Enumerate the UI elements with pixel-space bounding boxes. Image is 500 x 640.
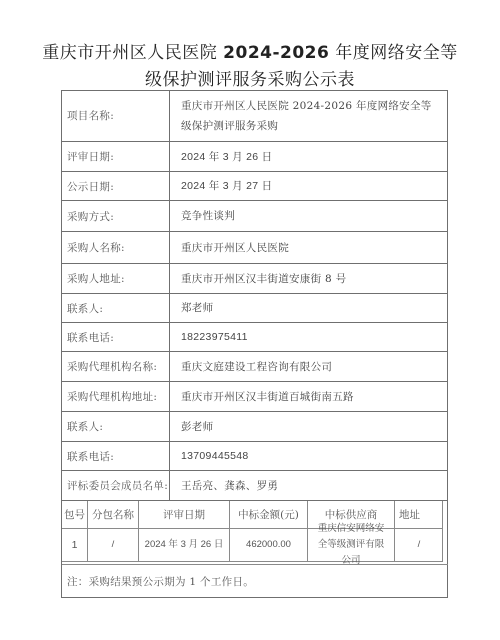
title-years: 2024-2026 xyxy=(223,43,329,63)
field-label: 联系人: xyxy=(61,294,170,322)
cell-review-date: 2024 年 3 月 26 日 xyxy=(139,529,230,561)
field-value: 18223975411 xyxy=(170,323,448,351)
footnote: 注：采购结果预公示期为 1 个工作日。 xyxy=(67,574,254,589)
row-committee-members: 评标委员会成员名单: 王岳亮、龚森、罗勇 xyxy=(61,471,448,501)
header-review-date: 评审日期 xyxy=(139,501,230,529)
divider xyxy=(62,564,448,565)
header-subpackage-name: 分包名称 xyxy=(88,501,139,529)
field-value: 重庆文庭建设工程咨询有限公司 xyxy=(170,352,448,381)
field-value: 重庆市开州区汉丰街道安康街 8 号 xyxy=(170,264,448,293)
field-value: 王岳亮、龚森、罗勇 xyxy=(170,471,448,500)
field-label: 采购方式: xyxy=(61,201,170,231)
row-purchaser-name: 采购人名称: 重庆市开州区人民医院 xyxy=(61,232,448,264)
row-project-name: 项目名称: 重庆市开州区人民医院 2024-2026 年度网络安全等级保护测评服… xyxy=(61,90,448,142)
cell-award-amount: 462000.00 xyxy=(230,529,308,561)
row-agency-contact: 联系人: 彭老师 xyxy=(61,412,448,442)
field-label: 采购代理机构地址: xyxy=(61,382,170,411)
field-label: 联系人: xyxy=(61,412,170,441)
field-value: 彭老师 xyxy=(170,412,448,441)
field-label: 采购人名称: xyxy=(61,232,170,263)
document-title-line-2: 级保护测评服务采购公示表 xyxy=(0,65,500,90)
field-value: 2024 年 3 月 27 日 xyxy=(170,172,448,200)
row-purchaser-contact: 联系人: 郑老师 xyxy=(61,294,448,323)
field-label: 联系电话: xyxy=(61,442,170,470)
field-label: 评审日期: xyxy=(61,142,170,171)
title-text: 年度网络安全等 xyxy=(329,43,457,63)
field-label: 采购代理机构名称: xyxy=(61,352,170,381)
row-agency-address: 采购代理机构地址: 重庆市开州区汉丰街道百城街南五路 xyxy=(61,382,448,412)
field-label: 联系电话: xyxy=(61,323,170,351)
row-purchaser-phone: 联系电话: 18223975411 xyxy=(61,323,448,352)
cell-subpackage-name: / xyxy=(88,529,139,561)
field-value: 重庆市开州区人民医院 xyxy=(170,232,448,263)
field-value: 竞争性谈判 xyxy=(170,201,448,231)
header-award-amount: 中标金额(元) xyxy=(230,501,308,529)
field-value: 重庆市开州区人民医院 2024-2026 年度网络安全等级保护测评服务采购 xyxy=(170,90,448,141)
row-procurement-method: 采购方式: 竞争性谈判 xyxy=(61,201,448,232)
row-review-date: 评审日期: 2024 年 3 月 26 日 xyxy=(61,142,448,172)
field-label: 项目名称: xyxy=(61,90,170,141)
field-label: 采购人地址: xyxy=(61,264,170,293)
row-agency-phone: 联系电话: 13709445548 xyxy=(61,442,448,471)
cell-winning-supplier: 重庆信安网络安全等级测评有限公司 xyxy=(308,529,395,561)
header-package-no: 包号 xyxy=(62,501,88,529)
field-value: 2024 年 3 月 26 日 xyxy=(170,142,448,171)
row-agency-name: 采购代理机构名称: 重庆文庭建设工程咨询有限公司 xyxy=(61,352,448,382)
document-title-line-1: 重庆市开州区人民医院 2024-2026 年度网络安全等 xyxy=(0,38,500,63)
cell-address: / xyxy=(395,529,443,561)
field-value: 郑老师 xyxy=(170,294,448,322)
header-address: 地址 xyxy=(395,501,443,529)
cell-package-no: 1 xyxy=(62,529,88,561)
field-label: 公示日期: xyxy=(61,172,170,200)
award-result-table: 包号 分包名称 评审日期 中标金额(元) 中标供应商 地址 1 / 2024 年… xyxy=(62,501,443,562)
field-value: 重庆市开州区汉丰街道百城街南五路 xyxy=(170,382,448,411)
title-text: 重庆市开州区人民医院 xyxy=(42,43,223,63)
row-publish-date: 公示日期: 2024 年 3 月 27 日 xyxy=(61,172,448,201)
row-purchaser-address: 采购人地址: 重庆市开州区汉丰街道安康街 8 号 xyxy=(61,264,448,294)
field-label: 评标委员会成员名单: xyxy=(61,471,170,500)
field-value: 13709445548 xyxy=(170,442,448,470)
